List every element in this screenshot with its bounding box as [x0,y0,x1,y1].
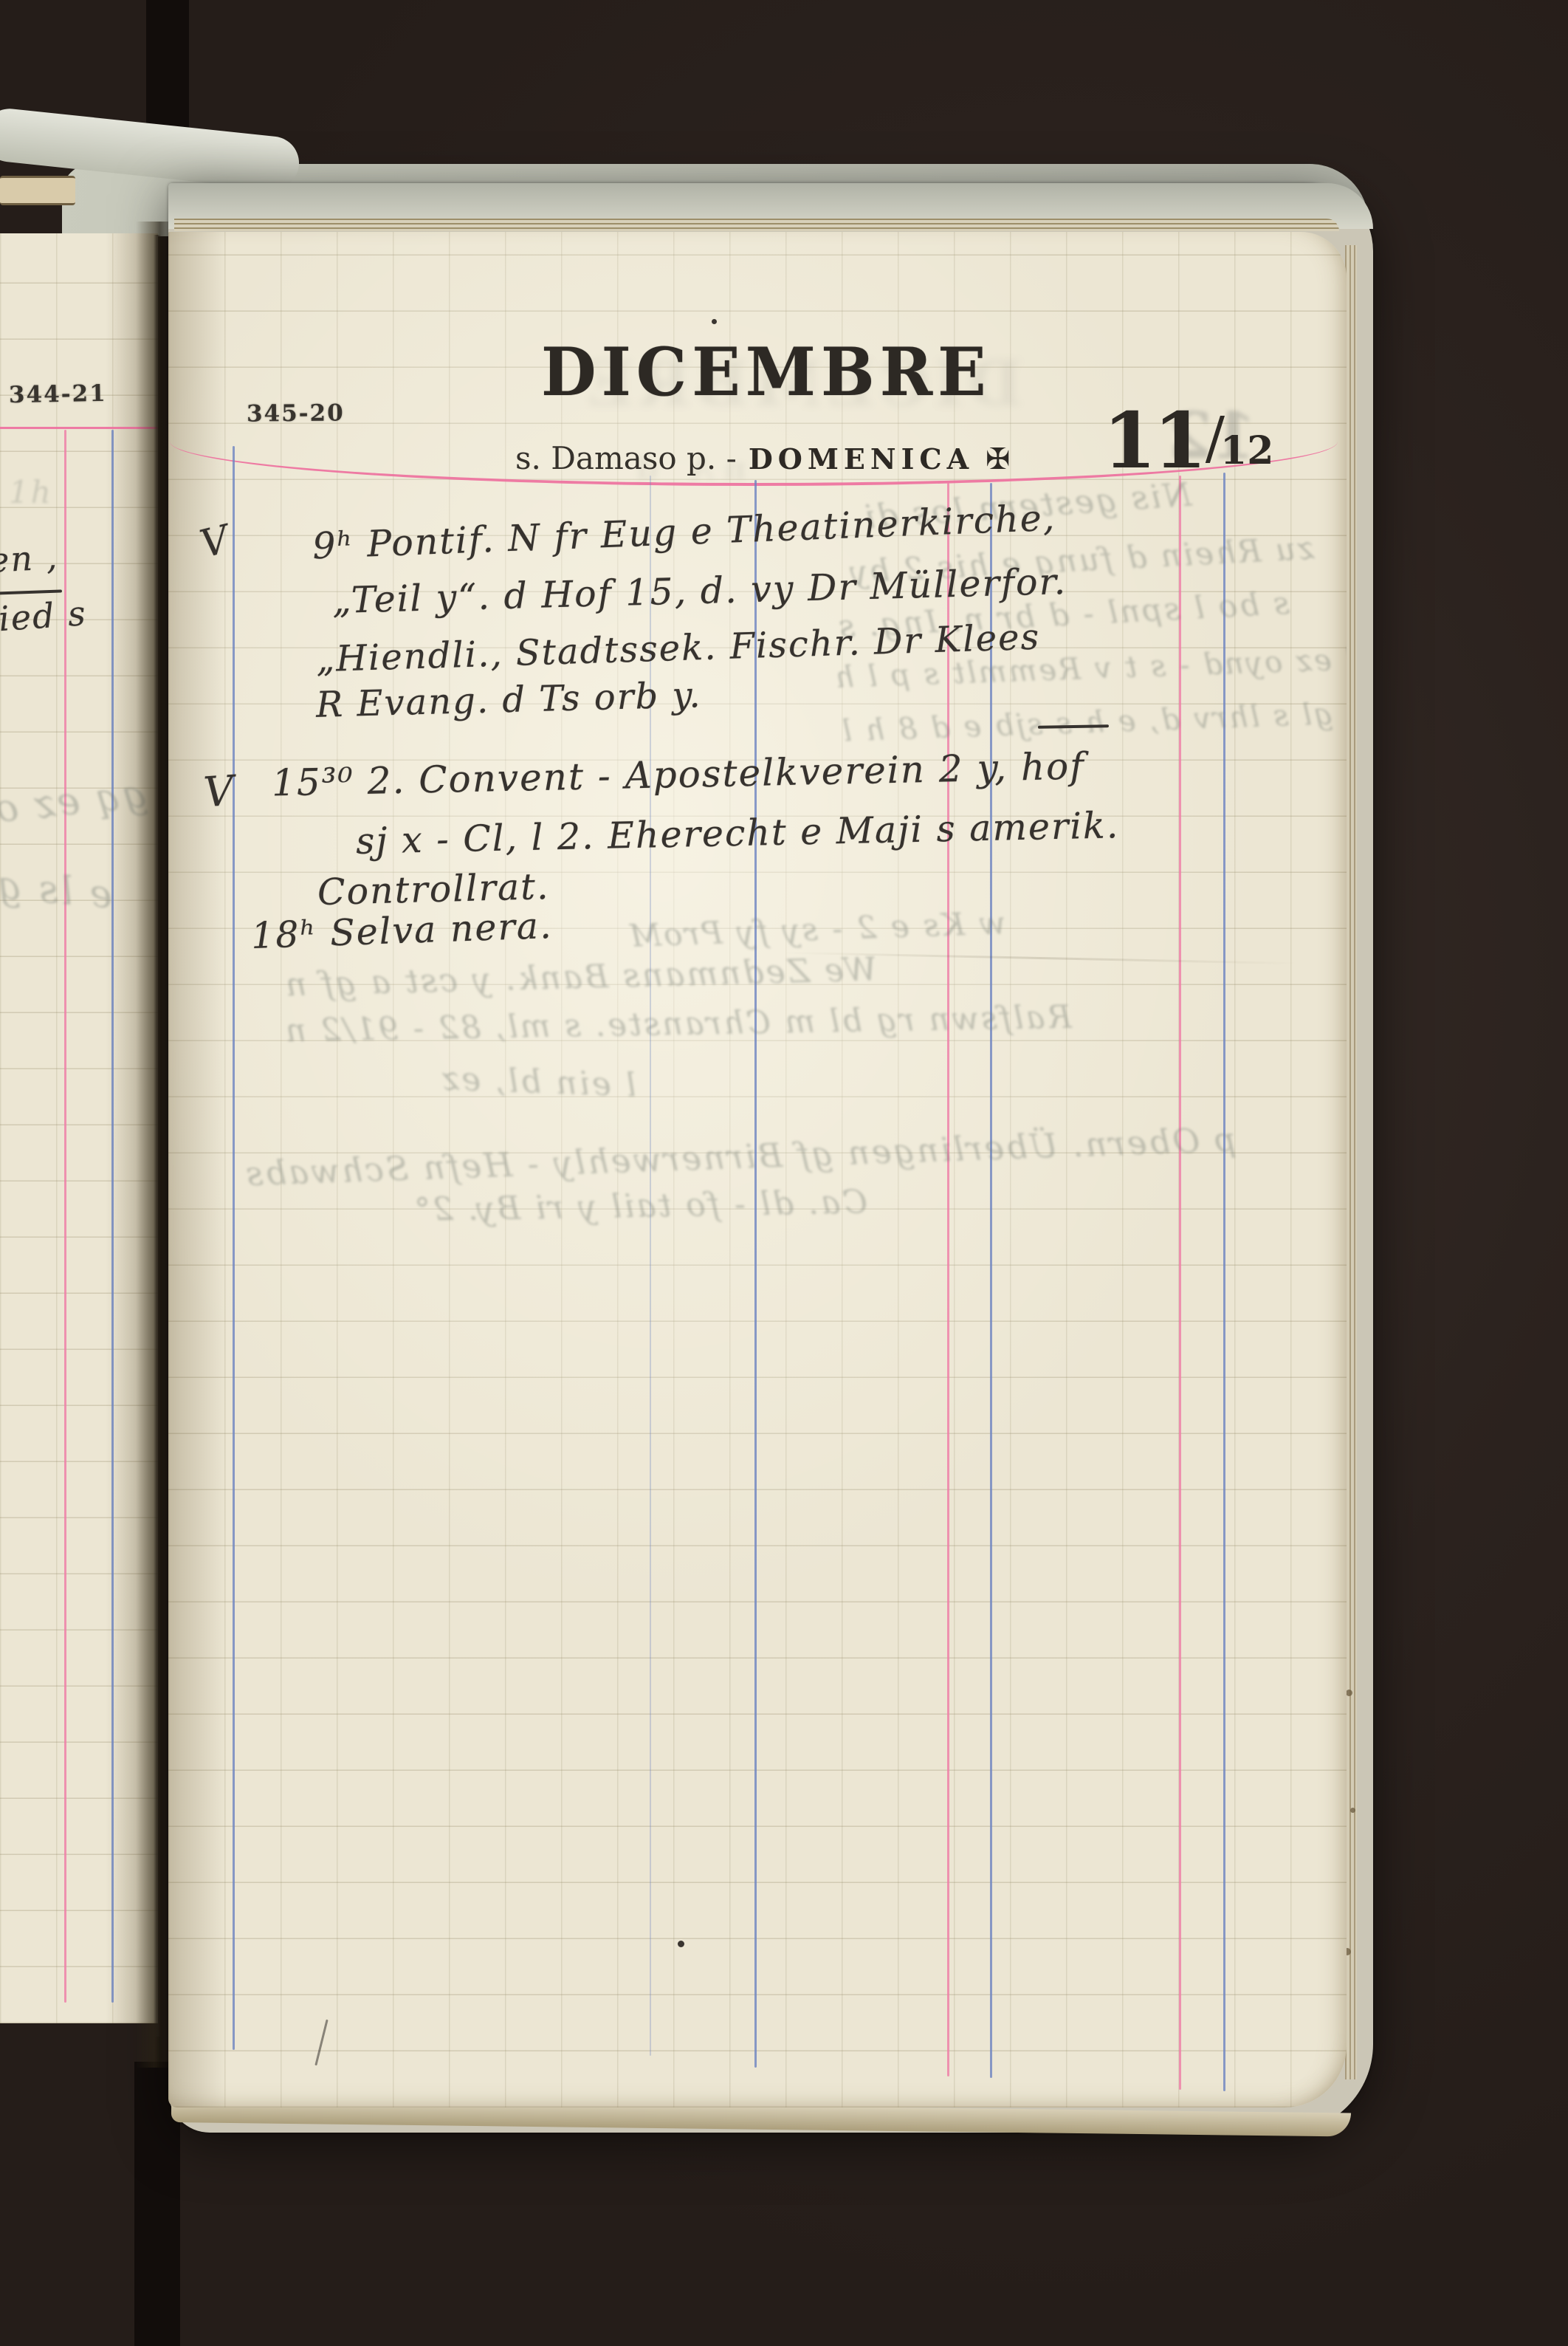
ink-speck [712,319,717,324]
bleedthrough-line: Ralfswn rg bl m Chranste. s ml, 82 - 91/… [283,999,1072,1050]
page-edge-speck [1346,1690,1352,1696]
bleedthrough-line: p Obern. Überlingen gf Birnerwehly - Hef… [243,1120,1237,1194]
page-edge-tab [0,176,75,205]
main-page-block: DICEMBRE DICEMBRE nA d s. Damaso p. - DO… [168,183,1373,2133]
date-group: 11 / 12 [1103,405,1273,473]
entry-line: sj x - Cl, l 2. Eherecht e Maji s amerik… [356,804,1120,862]
left-page-pencil-fragment: 1h [9,474,53,510]
stacked-page-edges-right [1345,245,1357,2079]
left-page-header-rule [0,427,158,429]
month-title: DICEMBRE [541,334,991,411]
entry-line: R Evang. d Ts orb y. [315,674,702,726]
saint-day-line: s. Damaso p. - DOMENICA ✠ [515,440,1011,476]
left-page-fragment: 344-21 1h fen , ried s gq ez o e ls g [0,233,158,2023]
left-page-bleedthrough-scribble: e ls g [0,863,114,918]
bleedthrough-line: gl s lhrv d, e h s sjb e d 8 h l [839,697,1333,748]
bleedthrough-line: We Zednmans Bank. y cst a gf n [283,950,877,1004]
month-number: 12 [1220,430,1273,473]
margin-rule-blue [233,446,235,2050]
saint-name: s. Damaso p. - [515,440,737,476]
main-page-paper: DICEMBRE DICEMBRE nA d s. Damaso p. - DO… [168,232,1347,2107]
cross-icon: ✠ [986,442,1011,476]
entry-check-marker: V [196,517,235,567]
entry-check-marker: V [202,767,237,817]
left-page-ink-stroke [0,589,62,594]
stray-hair [314,2020,328,2066]
diary-photo-scene: 344-21 1h fen , ried s gq ez o e ls g [0,0,1568,2346]
entry-line: 18ʰ Selva nera. [250,905,553,957]
day-number: 11 [1103,409,1204,473]
left-page-day-code: 344-21 [9,380,107,408]
entry-line: 15³⁰ 2. Convent - Apostelkverein 2 y, ho… [272,744,1086,804]
left-page-handwriting-fragment: fen , [0,537,59,581]
left-page-blue-column-rule [111,430,114,2003]
ink-speck [678,1941,684,1947]
left-page-pink-column-rule [64,430,66,2003]
left-page-bleedthrough-scribble: gq ez o [0,772,150,832]
bleedthrough-line: Ca. dl - fo tail y ri By. 2° [412,1184,868,1229]
bleedthrough-line: l ein bl, ez [439,1060,637,1104]
weekday-name: DOMENICA [749,442,974,476]
left-page-handwriting-fragment: ried s [0,593,88,640]
column-rule-blue [754,480,757,2068]
gutter-fold-line [154,235,161,2037]
page-edge-speck [1350,1808,1355,1813]
stacked-page-edges-top [174,219,1339,231]
day-code: 345-20 [247,399,345,427]
